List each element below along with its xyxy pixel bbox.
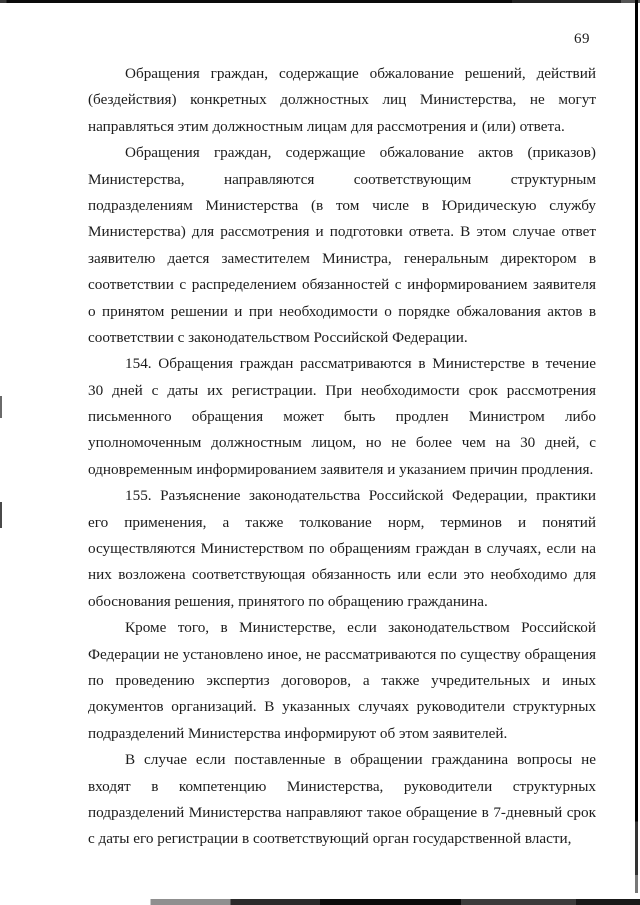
paragraph: Обращения граждан, содержащие обжаловани… [88,140,596,351]
text-line: соответствии с распределением обязанност… [88,272,596,298]
scan-edge-left-mark [0,502,2,528]
paragraph: 154. Обращения граждан рассматриваются в… [88,351,596,483]
text-line: них возложена соответствующая обязанност… [88,562,596,588]
page-number: 69 [574,31,590,48]
text-line: Кроме того, в Министерстве, если законод… [88,615,596,641]
paragraph: 155. Разъяснение законодательства Россий… [88,483,596,615]
text-line: о принятом решении и при необходимости о… [88,299,596,325]
text-line: подразделениям Министерства (в том числе… [88,193,596,219]
text-line: документов организаций. В указанных случ… [88,694,596,720]
text-line: входят в компетенцию Министерства, руков… [88,774,596,800]
text-line: уполномоченным должностным лицом, но не … [88,430,596,456]
text-line: В случае если поставленные в обращении г… [88,747,596,773]
text-line: 154. Обращения граждан рассматриваются в… [88,351,596,377]
text-line: с даты его регистрации в соответствующий… [88,826,596,852]
text-line: направляться этим должностным лицам для … [88,114,596,140]
text-line: письменного обращения может быть продлен… [88,404,596,430]
text-line: (бездействия) конкретных должностных лиц… [88,87,596,113]
text-line: Министерства, направляются соответствующ… [88,167,596,193]
document-page: 69 Обращения граждан, содержащие обжалов… [0,0,640,905]
text-line: заявителю дается заместителем Министра, … [88,246,596,272]
text-line: осуществляются Министерством по обращени… [88,536,596,562]
scan-edge-right [635,0,638,893]
scan-edge-bottom [0,899,640,905]
text-line: обоснования решения, принятого по обраще… [88,589,596,615]
text-line: по проведению экспертиз договоров, а так… [88,668,596,694]
text-line: подразделений Министерства информируют о… [88,721,596,747]
text-line: одновременным информированием заявителя … [88,457,596,483]
document-body: Обращения граждан, содержащие обжаловани… [88,61,596,853]
scan-edge-top [0,0,640,3]
text-line: Обращения граждан, содержащие обжаловани… [88,61,596,87]
text-line: подразделений Министерства направляют та… [88,800,596,826]
text-line: Федерации не установлено иное, не рассма… [88,642,596,668]
scan-edge-left-mark [0,396,2,418]
paragraph: Обращения граждан, содержащие обжаловани… [88,61,596,140]
text-line: Обращения граждан, содержащие обжаловани… [88,140,596,166]
text-line: соответствии с законодательством Российс… [88,325,596,351]
paragraph: В случае если поставленные в обращении г… [88,747,596,853]
text-line: 155. Разъяснение законодательства Россий… [88,483,596,509]
text-line: Министерства) для рассмотрения и подгото… [88,219,596,245]
paragraph: Кроме того, в Министерстве, если законод… [88,615,596,747]
text-line: его применения, а также толкование норм,… [88,510,596,536]
text-line: 30 дней с даты их регистрации. При необх… [88,378,596,404]
